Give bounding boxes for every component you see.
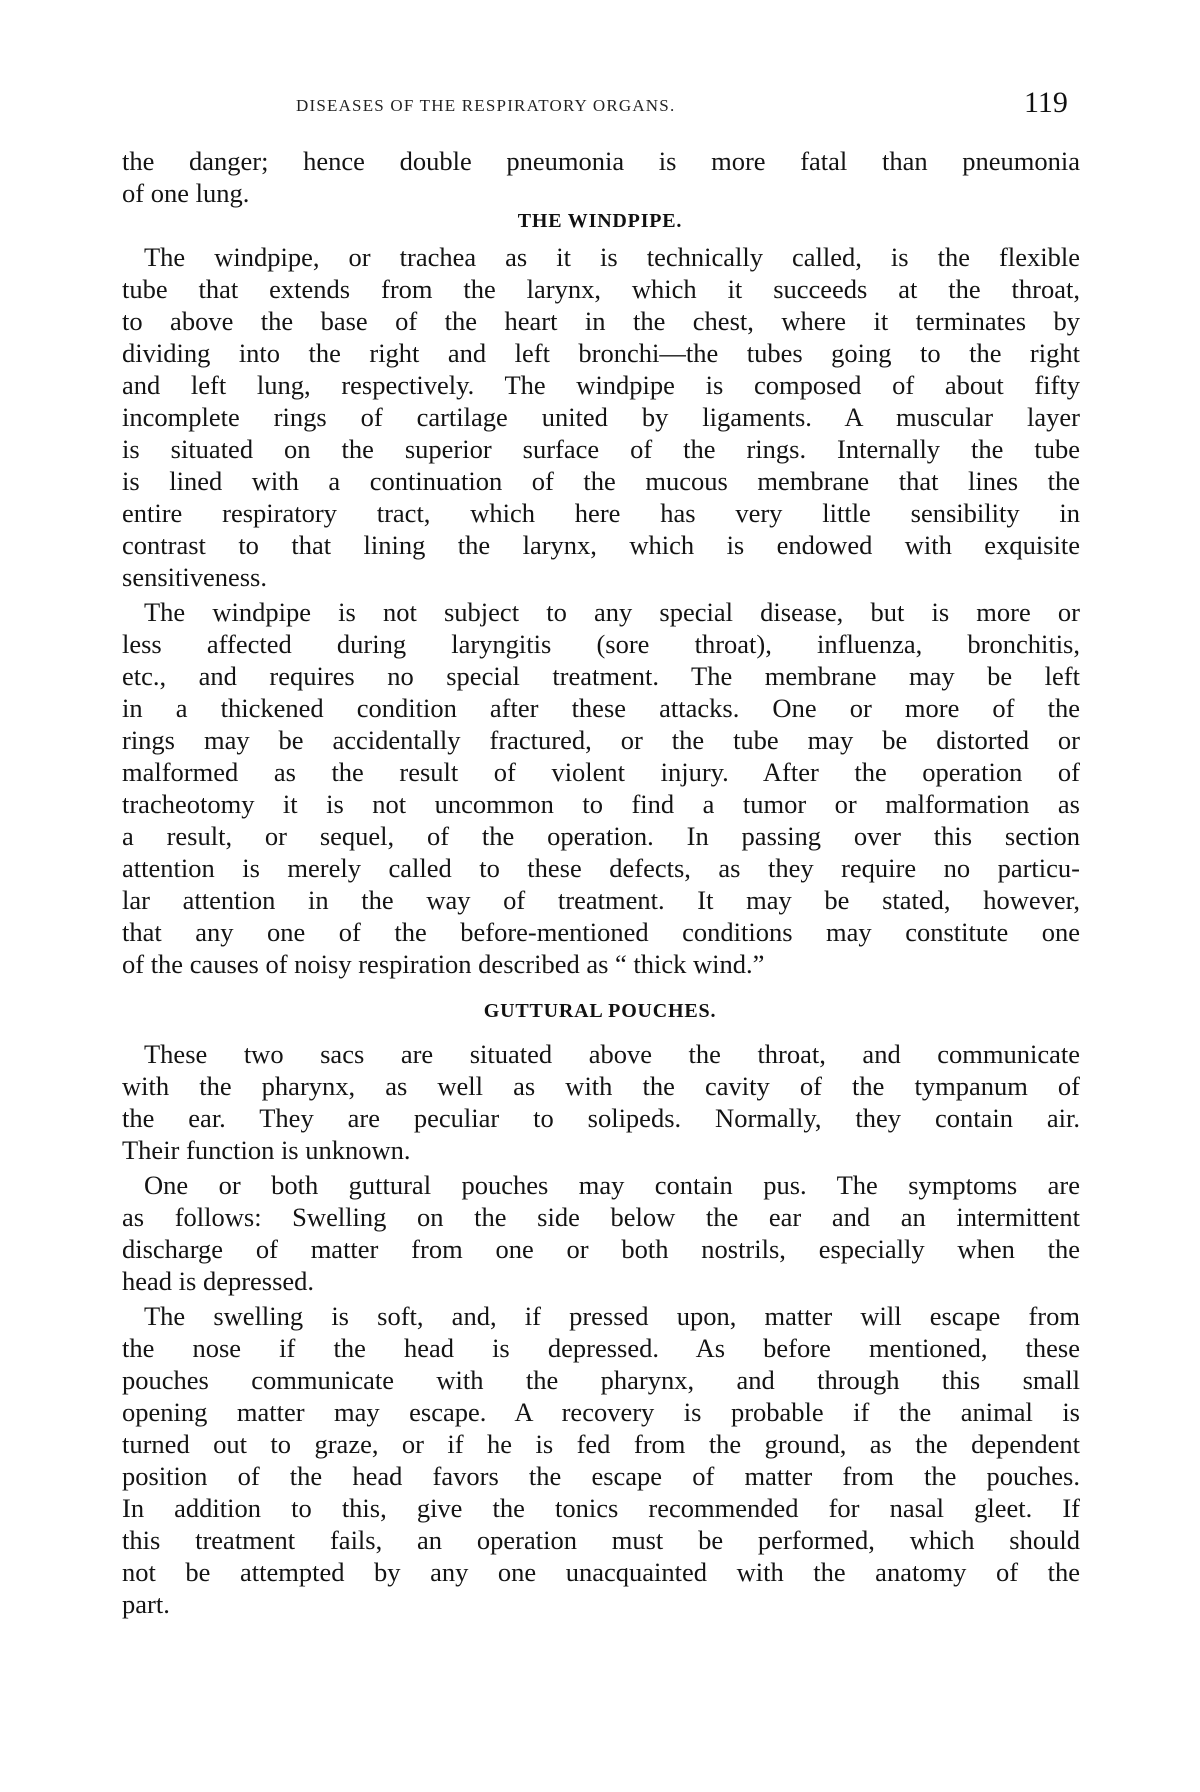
text-line: less affected during laryngitis (sore th… (122, 628, 1080, 660)
text-line: is lined with a continuation of the muco… (122, 465, 1080, 497)
text-line: part. (122, 1588, 1080, 1620)
text-line: with the pharynx, as well as with the ca… (122, 1070, 1080, 1102)
text-line: entire respiratory tract, which here has… (122, 497, 1080, 529)
text-line: the danger; hence double pneumonia is mo… (122, 145, 1080, 177)
text-line: The windpipe is not subject to any speci… (122, 596, 1080, 628)
text-line: as follows: Swelling on the side below t… (122, 1201, 1080, 1233)
text-line: to above the base of the heart in the ch… (122, 305, 1080, 337)
text-line: opening matter may escape. A recovery is… (122, 1396, 1080, 1428)
text-line: discharge of matter from one or both nos… (122, 1233, 1080, 1265)
text-line: tube that extends from the larynx, which… (122, 273, 1080, 305)
text-line: of the causes of noisy respiration descr… (122, 948, 1080, 980)
text-line: One or both guttural pouches may contain… (122, 1169, 1080, 1201)
text-line: of one lung. (122, 177, 1080, 209)
text-line: The swelling is soft, and, if pressed up… (122, 1300, 1080, 1332)
text-line: position of the head favors the escape o… (122, 1460, 1080, 1492)
section-heading-guttural-pouches: GUTTURAL POUCHES. (0, 1000, 1200, 1023)
section-heading-windpipe: THE WINDPIPE. (0, 210, 1200, 233)
text-line: contrast to that lining the larynx, whic… (122, 529, 1080, 561)
text-line: is situated on the superior surface of t… (122, 433, 1080, 465)
text-line: The windpipe, or trachea as it is techni… (122, 241, 1080, 273)
running-head-title: DISEASES OF THE RESPIRATORY ORGANS. (296, 96, 675, 116)
text-line: lar attention in the way of treatment. I… (122, 884, 1080, 916)
text-line: in a thickened condition after these att… (122, 692, 1080, 724)
text-line: dividing into the right and left bronchi… (122, 337, 1080, 369)
text-line: Their function is unknown. (122, 1134, 1080, 1166)
text-line: rings may be accidentally fractured, or … (122, 724, 1080, 756)
text-line: head is depressed. (122, 1265, 1080, 1297)
text-line: turned out to graze, or if he is fed fro… (122, 1428, 1080, 1460)
text-line: sensitiveness. (122, 561, 1080, 593)
page-number: 119 (1024, 86, 1068, 120)
text-line: this treatment fails, an operation must … (122, 1524, 1080, 1556)
book-page: DISEASES OF THE RESPIRATORY ORGANS. 119 … (0, 0, 1200, 1792)
text-line: and left lung, respectively. The windpip… (122, 369, 1080, 401)
text-line: malformed as the result of violent injur… (122, 756, 1080, 788)
text-line: pouches communicate with the pharynx, an… (122, 1364, 1080, 1396)
text-line: etc., and requires no special treatment.… (122, 660, 1080, 692)
text-line: In addition to this, give the tonics rec… (122, 1492, 1080, 1524)
text-line: the ear. They are peculiar to solipeds. … (122, 1102, 1080, 1134)
text-line: not be attempted by any one unacquainted… (122, 1556, 1080, 1588)
text-line: tracheotomy it is not uncommon to find a… (122, 788, 1080, 820)
text-line: attention is merely called to these defe… (122, 852, 1080, 884)
text-line: incomplete rings of cartilage united by … (122, 401, 1080, 433)
text-line: the nose if the head is depressed. As be… (122, 1332, 1080, 1364)
text-line: These two sacs are situated above the th… (122, 1038, 1080, 1070)
text-line: a result, or sequel, of the operation. I… (122, 820, 1080, 852)
text-line: that any one of the before-mentioned con… (122, 916, 1080, 948)
